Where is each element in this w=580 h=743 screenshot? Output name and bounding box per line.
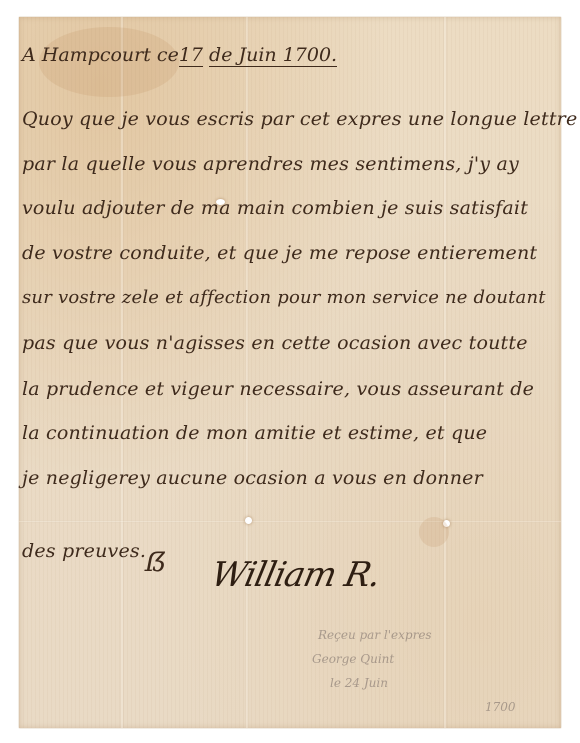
docket-line: 1700 [485, 700, 516, 714]
body-line: de vostre conduite, et que je me repose … [22, 242, 537, 264]
body-line: pas que vous n'agisses en cette ocasion … [22, 332, 528, 354]
body-line: la continuation de mon amitie et estime,… [22, 422, 487, 444]
body-line: Quoy que je vous escris par cet expres u… [22, 108, 577, 130]
closing-flourish: ẞ [145, 548, 167, 578]
body-line: voulu adjouter de ma main combien je sui… [22, 197, 528, 219]
body-line: par la quelle vous aprendres mes sentime… [22, 153, 519, 175]
docket-line: George Quint [312, 652, 394, 666]
docket-line: le 24 Juin [330, 676, 388, 690]
body-line: la prudence et vigeur necessaire, vous a… [22, 378, 534, 400]
signature: William R. [208, 555, 384, 595]
body-line: je negligerey aucune ocasion a vous en d… [22, 467, 483, 489]
docket-line: Reçeu par l'expres [318, 628, 432, 642]
letter-body: Quoy que je vous escris par cet expres u… [22, 0, 562, 743]
body-line: des preuves. [22, 540, 146, 562]
body-line: sur vostre zele et affection pour mon se… [22, 287, 546, 308]
